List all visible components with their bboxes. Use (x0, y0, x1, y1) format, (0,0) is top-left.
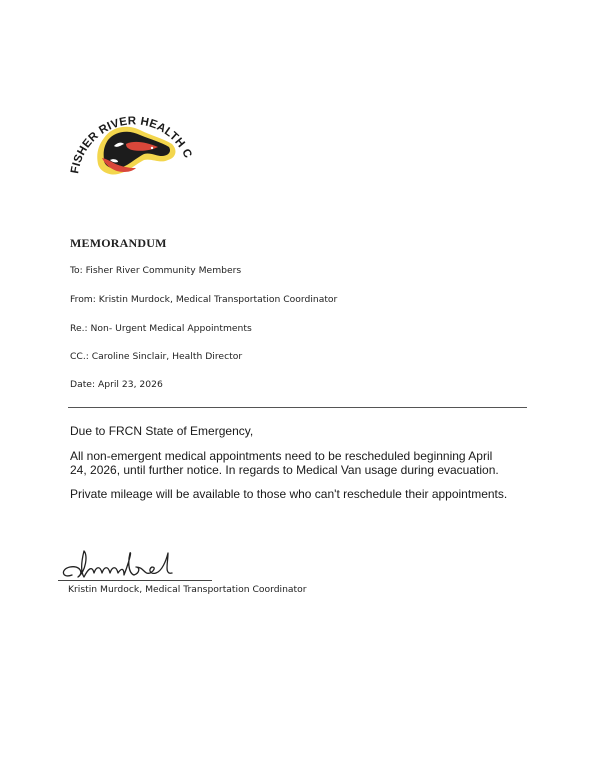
memo-to: To: Fisher River Community Members (70, 265, 241, 276)
body-paragraph-2: All non-emergent medical appointments ne… (70, 450, 510, 477)
header-divider (68, 407, 527, 408)
body-paragraph-3: Private mileage will be available to tho… (70, 488, 507, 502)
memo-cc: CC.: Caroline Sinclair, Health Director (70, 351, 242, 362)
memo-title: MEMORANDUM (70, 236, 167, 251)
memo-subject: Re.: Non- Urgent Medical Appointments (70, 323, 252, 334)
memo-from: From: Kristin Murdock, Medical Transport… (70, 294, 337, 305)
memo-page: FISHER RIVER HEALTH CENTRE MEMORANDUM To… (0, 0, 595, 770)
fisher-river-health-centre-logo: FISHER RIVER HEALTH CENTRE (66, 98, 196, 190)
memo-date: Date: April 23, 2026 (70, 379, 163, 390)
handwritten-signature-icon (58, 545, 188, 585)
body-paragraph-1: Due to FRCN State of Emergency, (70, 425, 253, 439)
signature-caption: Kristin Murdock, Medical Transportation … (68, 584, 307, 595)
signature-line (58, 580, 212, 581)
fish-emblem-icon: FISHER RIVER HEALTH CENTRE (66, 98, 196, 190)
